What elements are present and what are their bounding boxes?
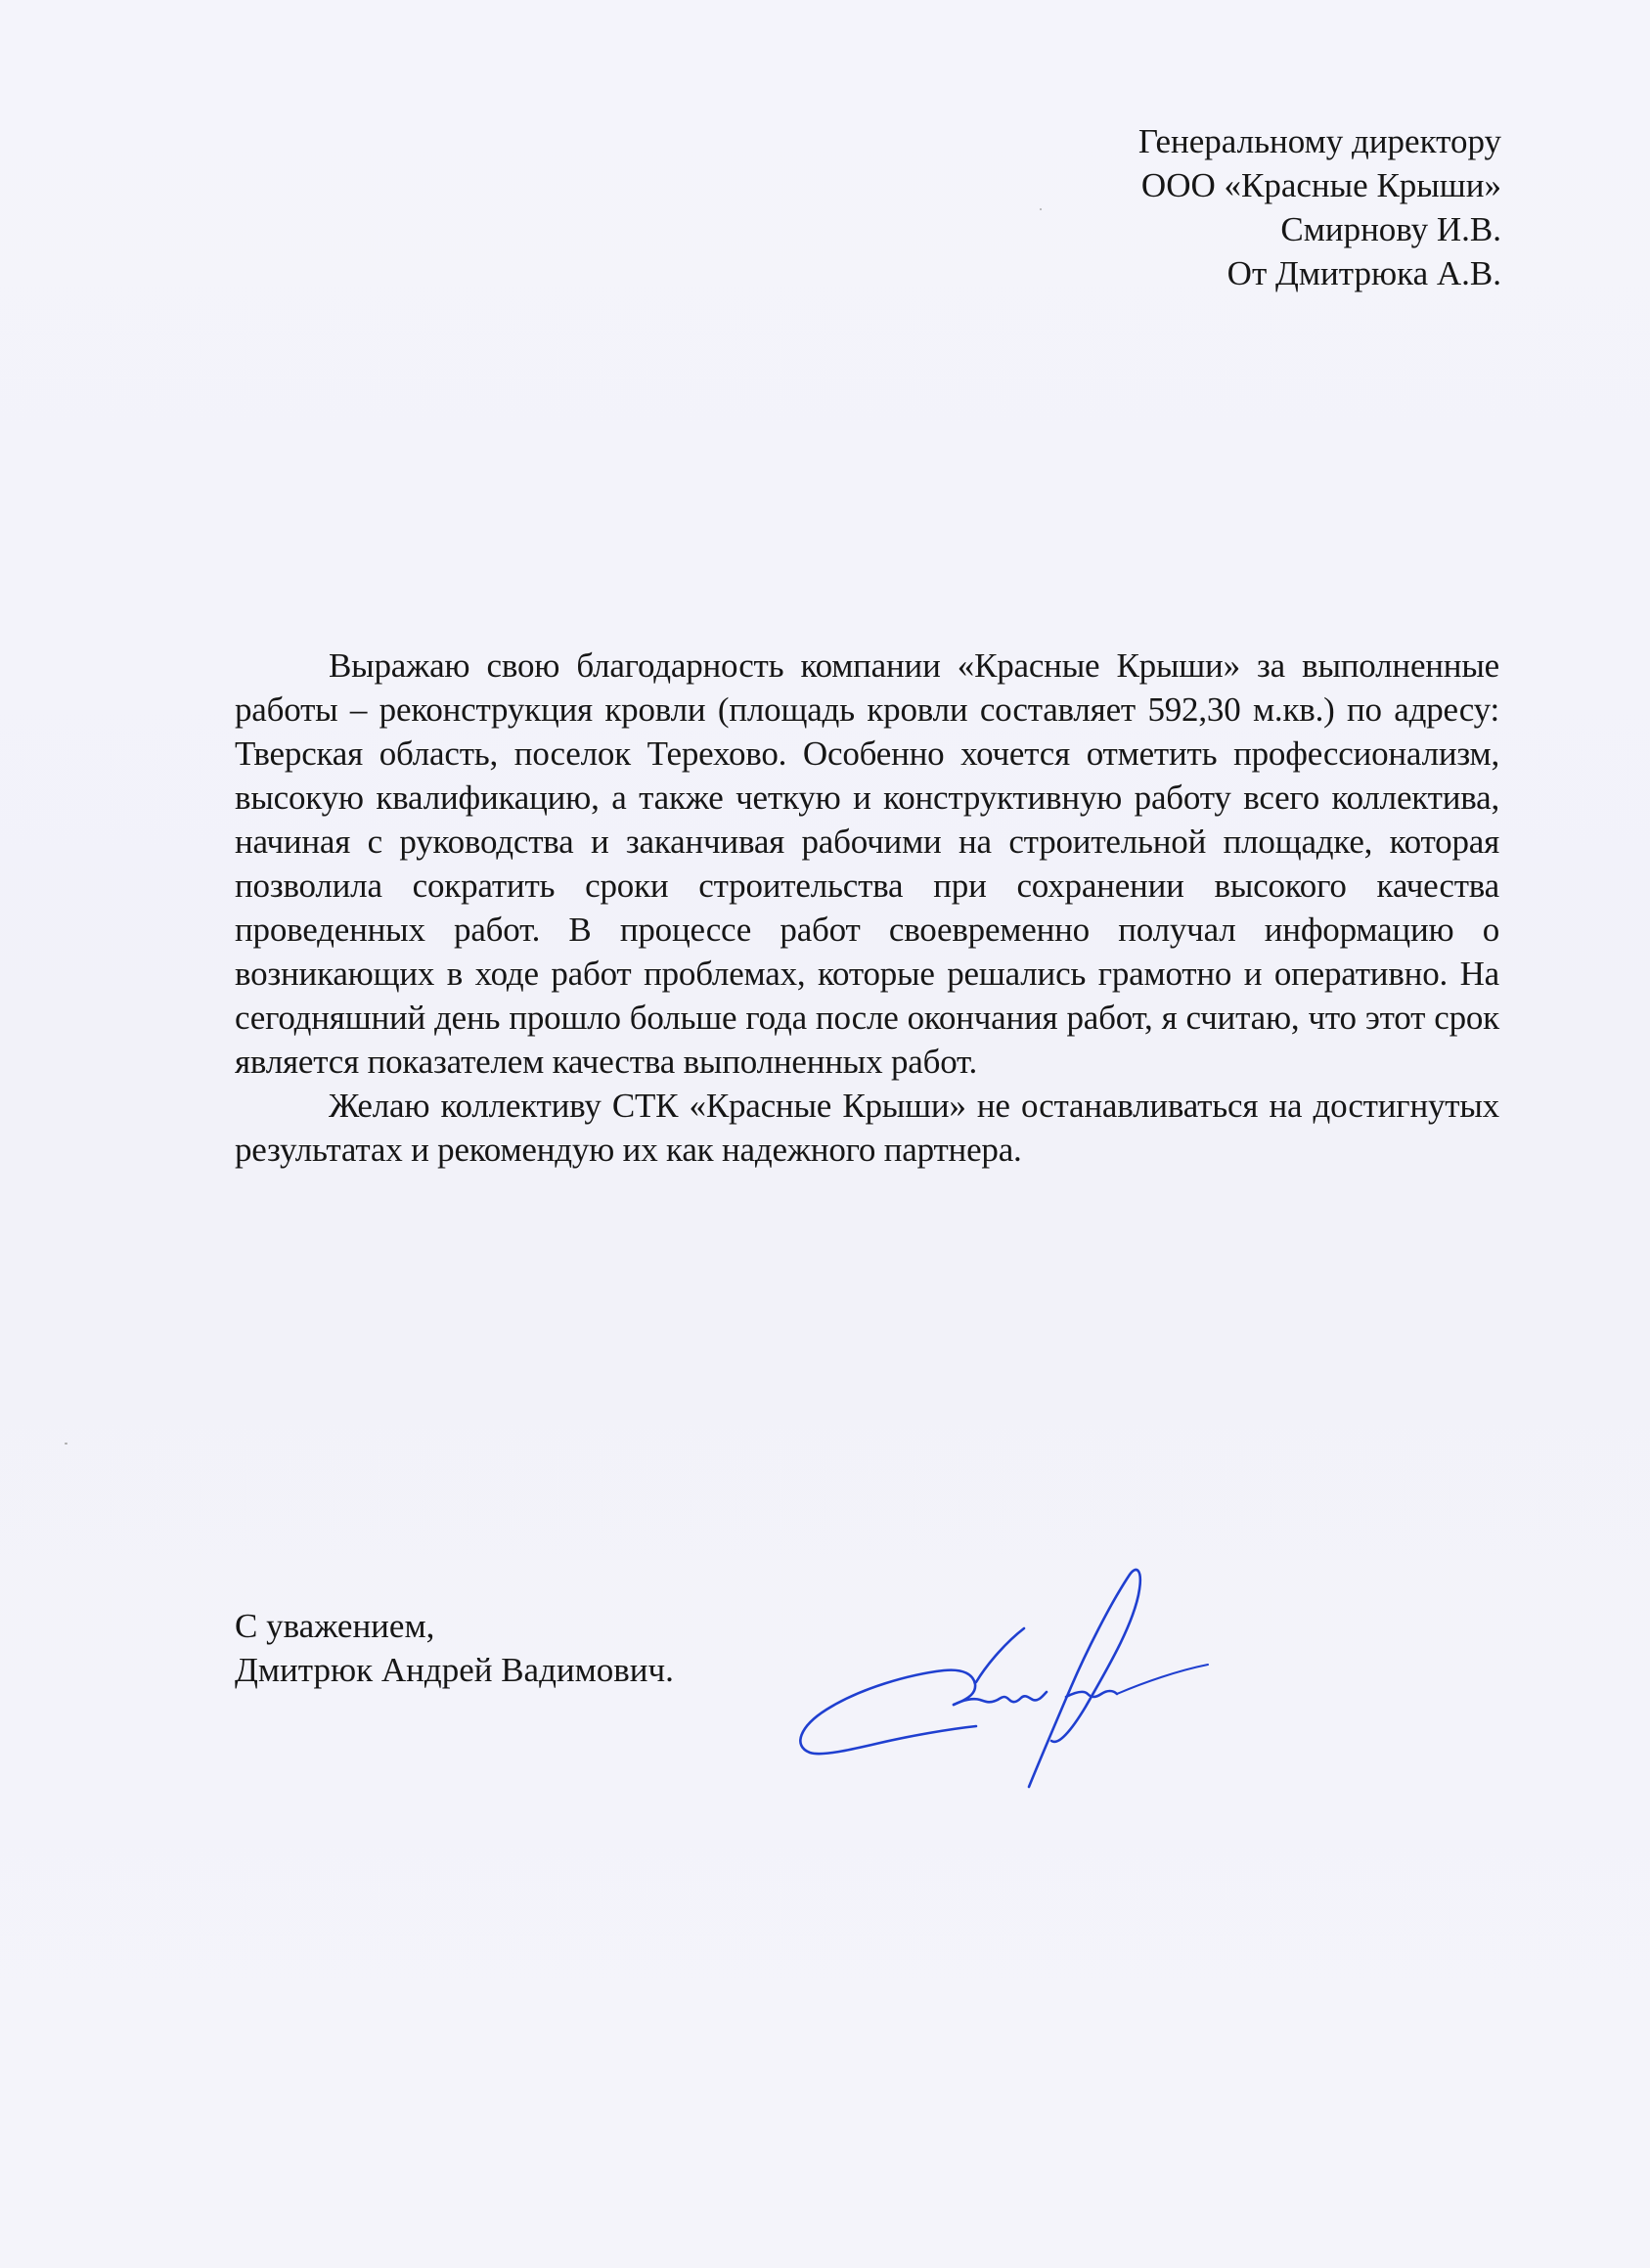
closing-block: С уважением, Дмитрюк Андрей Вадимович.	[235, 1604, 674, 1692]
signer-name: Дмитрюк Андрей Вадимович.	[235, 1648, 674, 1692]
closing-salutation: С уважением,	[235, 1604, 674, 1648]
scan-speck	[65, 1443, 67, 1445]
body-paragraph-gratitude: Выражаю свою благодарность компании «Кра…	[235, 644, 1499, 1084]
letter-body: Выражаю свою благодарность компании «Кра…	[235, 644, 1499, 1172]
scan-speck	[1040, 208, 1042, 210]
body-paragraph-wishes: Желаю коллективу СТК «Красные Крыши» не …	[235, 1084, 1499, 1172]
sender-line: От Дмитрюка А.В.	[1138, 251, 1501, 295]
letter-page: Генеральному директору ООО «Красные Крыш…	[0, 0, 1650, 2268]
addressee-block: Генеральному директору ООО «Красные Крыш…	[1138, 119, 1501, 295]
addressee-name: Смирнову И.В.	[1138, 207, 1501, 251]
addressee-position: Генеральному директору	[1138, 119, 1501, 163]
addressee-company: ООО «Красные Крыши»	[1138, 163, 1501, 207]
handwritten-signature-icon	[773, 1535, 1223, 1800]
